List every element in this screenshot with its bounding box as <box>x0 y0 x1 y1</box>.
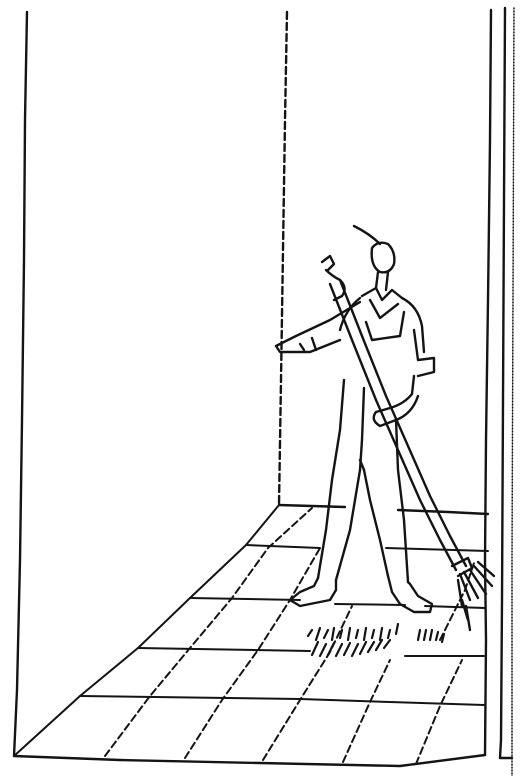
sketch-scene: Pen sketch of a man in overalls sweeping… <box>0 0 528 776</box>
floor-tiles <box>14 505 488 764</box>
dust-pile <box>308 624 444 656</box>
sketch-canvas <box>0 0 528 776</box>
room-walls <box>14 8 514 776</box>
man-figure <box>276 226 434 612</box>
